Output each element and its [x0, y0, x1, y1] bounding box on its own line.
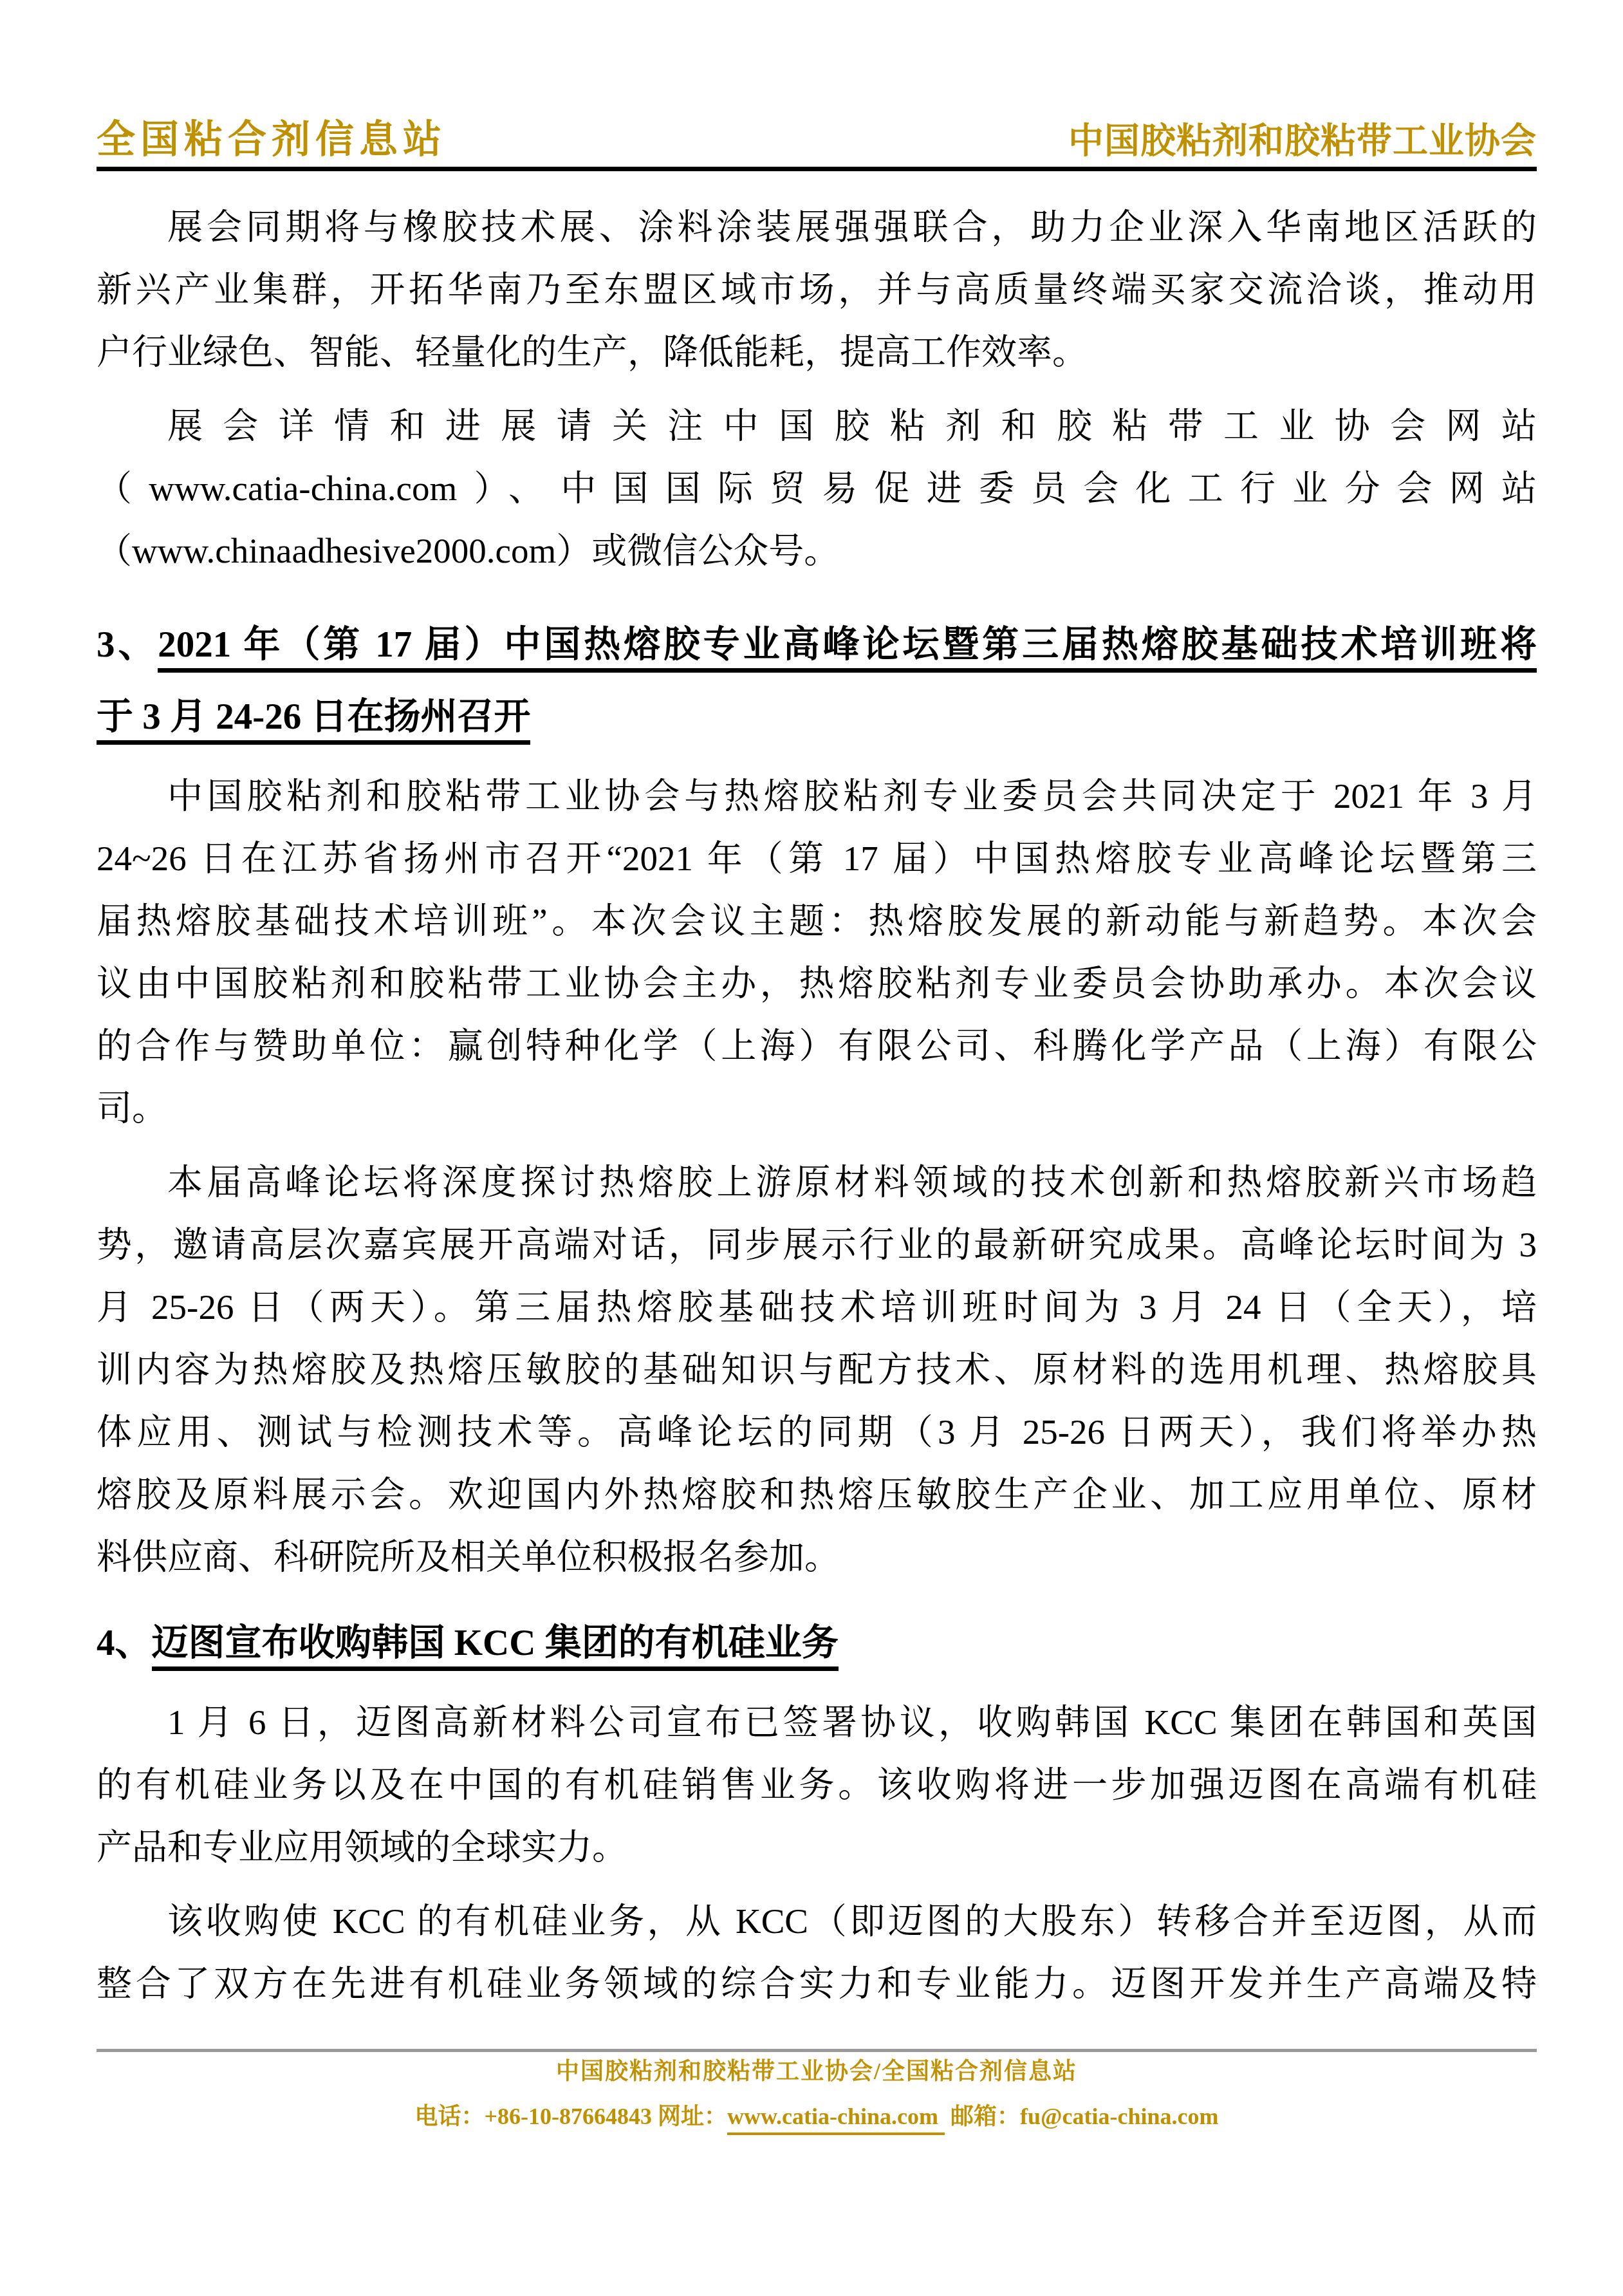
paragraph-6: 该收购使 KCC 的有机硅业务，从 KCC（即迈图的大股东）转移合并至迈图，从而…: [97, 1890, 1537, 2015]
paragraph-2: 展会详情和进展请关注中国胶粘剂和胶粘带工业协会网站 （www.catia-chi…: [97, 395, 1537, 582]
footer-email-text: 邮箱：fu@catia-china.com: [945, 2104, 1218, 2129]
footer-divider: [97, 2049, 1537, 2052]
heading-3-underlined-text: 于 3 月 24-26 日在扬州召开: [97, 696, 530, 745]
section-heading-4: 4、迈图宣布收购韩国 KCC 集团的有机硅业务: [97, 1607, 1537, 1679]
text-line: （www.catia-china.com）、中国国际贸易促进委员会化工行业分会网…: [97, 457, 1537, 519]
footer-contact-line: 电话：+86-10-87664843 网址：www.catia-china.co…: [97, 2102, 1537, 2131]
header-divider: [97, 167, 1537, 171]
text-line: 该收购使 KCC 的有机硅业务，从 KCC（即迈图的大股东）转移合并至迈图，从而: [97, 1890, 1537, 1952]
heading-3-number: 3、: [97, 624, 158, 665]
heading-line: 3、2021 年（第 17 届）中国热熔胶专业高峰论坛暨第三届热熔胶基础技术培训…: [97, 609, 1537, 681]
text-line: 展会详情和进展请关注中国胶粘剂和胶粘带工业协会网站: [97, 395, 1537, 457]
text-line: 体应用、测试与检测技术等。高峰论坛的同期（3 月 25-26 日两天），我们将举…: [97, 1401, 1537, 1463]
text-line: 届热熔胶基础技术培训班”。本次会议主题：热熔胶发展的新动能与新趋势。本次会: [97, 890, 1537, 952]
text-line: 整合了双方在先进有机硅业务领域的综合实力和专业能力。迈图开发并生产高端及特: [97, 1952, 1537, 2015]
text-line: 中国胶粘剂和胶粘带工业协会与热熔胶粘剂专业委员会共同决定于 2021 年 3 月: [97, 765, 1537, 827]
paragraph-1: 展会同期将与橡胶技术展、涂料涂装展强强联合，助力企业深入华南地区活跃的 新兴产业…: [97, 196, 1537, 383]
masthead-left-title: 全国粘合剂信息站: [97, 120, 447, 160]
heading-line: 4、迈图宣布收购韩国 KCC 集团的有机硅业务: [97, 1607, 1537, 1679]
footer-phone-text: 电话：+86-10-87664843 网址：: [415, 2104, 728, 2129]
masthead: 全国粘合剂信息站 中国胶粘剂和胶粘带工业协会: [97, 120, 1537, 161]
text-line: 本届高峰论坛将深度探讨热熔胶上游原材料领域的技术创新和热熔胶新兴市场趋: [97, 1151, 1537, 1213]
text-line: 1 月 6 日，迈图高新材料公司宣布已签署协议，收购韩国 KCC 集团在韩国和英…: [97, 1691, 1537, 1753]
text-line: 的合作与赞助单位：赢创特种化学（上海）有限公司、科腾化学产品（上海）有限公: [97, 1014, 1537, 1077]
paragraph-5: 1 月 6 日，迈图高新材料公司宣布已签署协议，收购韩国 KCC 集团在韩国和英…: [97, 1691, 1537, 1878]
text-line: 24~26 日在江苏省扬州市召开“2021 年（第 17 届）中国热熔胶专业高峰…: [97, 827, 1537, 890]
section-heading-3: 3、2021 年（第 17 届）中国热熔胶专业高峰论坛暨第三届热熔胶基础技术培训…: [97, 609, 1537, 753]
paragraph-4: 本届高峰论坛将深度探讨热熔胶上游原材料领域的技术创新和热熔胶新兴市场趋 势，邀请…: [97, 1151, 1537, 1588]
text-line: 产品和专业应用领域的全球实力。: [97, 1816, 1537, 1878]
footer-org-line: 中国胶粘剂和胶粘带工业协会/全国粘合剂信息站: [97, 2057, 1537, 2086]
footer-website-link[interactable]: www.catia-china.com: [727, 2104, 945, 2135]
page-footer: 中国胶粘剂和胶粘带工业协会/全国粘合剂信息站 电话：+86-10-8766484…: [97, 2049, 1537, 2131]
text-line: 势，邀请高层次嘉宾展开高端对话，同步展示行业的最新研究成果。高峰论坛时间为 3: [97, 1213, 1537, 1276]
heading-line: 于 3 月 24-26 日在扬州召开: [97, 681, 1537, 753]
masthead-right-title: 中国胶粘剂和胶粘带工业协会: [1068, 121, 1537, 161]
text-line: 月 25-26 日（两天）。第三届热熔胶基础技术培训班时间为 3 月 24 日（…: [97, 1276, 1537, 1338]
heading-4-number: 4、: [97, 1623, 152, 1663]
text-line: 的有机硅业务以及在中国的有机硅销售业务。该收购将进一步加强迈图在高端有机硅: [97, 1753, 1537, 1816]
text-line: 料供应商、科研院所及相关单位积极报名参加。: [97, 1526, 1537, 1588]
text-line: 训内容为热熔胶及热熔压敏胶的基础知识与配方技术、原材料的选用机理、热熔胶具: [97, 1338, 1537, 1401]
text-line: 新兴产业集群，开拓华南乃至东盟区域市场，并与高质量终端买家交流洽谈，推动用: [97, 258, 1537, 321]
text-line: 议由中国胶粘剂和胶粘带工业协会主办，热熔胶粘剂专业委员会协助承办。本次会议: [97, 952, 1537, 1014]
heading-4-underlined-text: 迈图宣布收购韩国 KCC 集团的有机硅业务: [152, 1623, 839, 1671]
heading-3-underlined-text: 2021 年（第 17 届）中国热熔胶专业高峰论坛暨第三届热熔胶基础技术培训班将: [158, 624, 1537, 673]
text-line: 户行业绿色、智能、轻量化的生产，降低能耗，提高工作效率。: [97, 321, 1537, 383]
text-line: 熔胶及原料展示会。欢迎国内外热熔胶和热熔压敏胶生产企业、加工应用单位、原材: [97, 1463, 1537, 1526]
text-line: 司。: [97, 1077, 1537, 1139]
text-line: 展会同期将与橡胶技术展、涂料涂装展强强联合，助力企业深入华南地区活跃的: [97, 196, 1537, 258]
page-content: 全国粘合剂信息站 中国胶粘剂和胶粘带工业协会 展会同期将与橡胶技术展、涂料涂装展…: [97, 120, 1537, 2015]
document-page: 全国粘合剂信息站 中国胶粘剂和胶粘带工业协会 展会同期将与橡胶技术展、涂料涂装展…: [0, 0, 1623, 2296]
paragraph-3: 中国胶粘剂和胶粘带工业协会与热熔胶粘剂专业委员会共同决定于 2021 年 3 月…: [97, 765, 1537, 1139]
body-text: 展会同期将与橡胶技术展、涂料涂装展强强联合，助力企业深入华南地区活跃的 新兴产业…: [97, 196, 1537, 2015]
text-line: （www.chinaadhesive2000.com）或微信公众号。: [97, 519, 1537, 582]
